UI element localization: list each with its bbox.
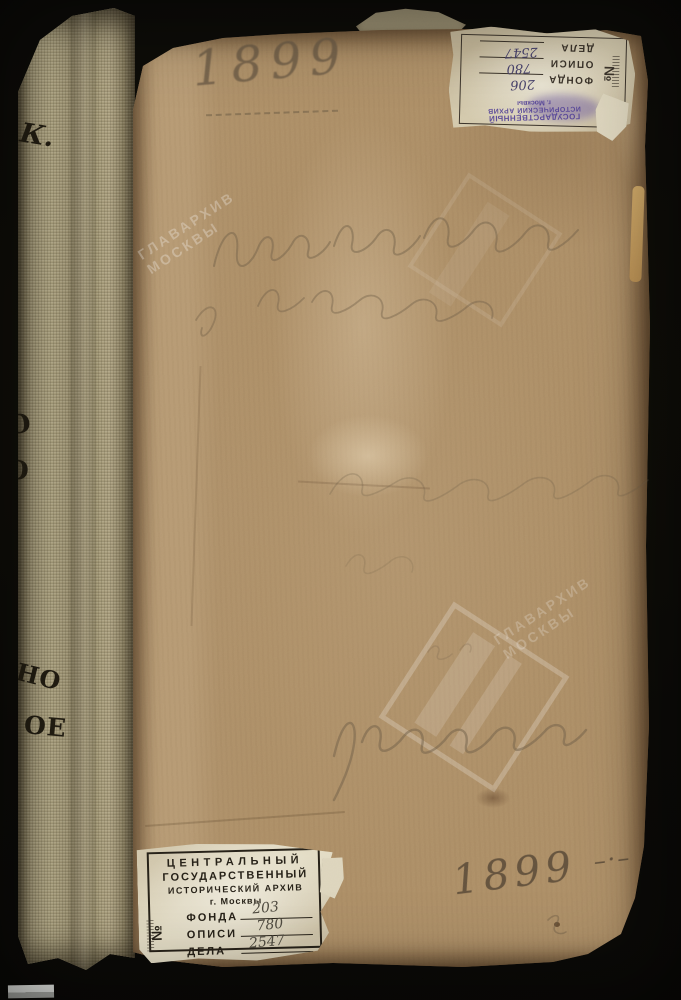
fond-label: ФОНДА (186, 911, 238, 924)
watermark-text: ГЛАВАРХИВ МОСКВЫ (135, 188, 248, 278)
spine-mark-no: НО (13, 657, 64, 696)
opis-label: ОПИСИ (549, 57, 593, 69)
stain-dot (554, 922, 560, 927)
opis-value: 780 (256, 916, 284, 934)
numero-sign: № (601, 66, 617, 82)
numero-sign: № (148, 925, 164, 941)
watermark-logo (408, 173, 563, 328)
spine-mark-oe: ОЕ (23, 710, 68, 743)
label-number-block: № (146, 917, 173, 954)
book-front-cover: ГЛАВАРХИВ МОСКВЫ ГЛАВАРХИВ МОСКВЫ (133, 26, 650, 970)
crease-line (145, 811, 345, 826)
spine-ridge (70, 6, 96, 972)
photo-scale-bar (8, 985, 54, 999)
spine-mark-o1: О (6, 409, 32, 441)
delo-value: 2547 (504, 44, 538, 60)
watermark-logo-bar (429, 202, 510, 307)
crease-line (298, 481, 430, 489)
crease-line (190, 366, 201, 626)
delo-label: ДЕЛА (560, 41, 594, 53)
archive-book-cover-photo: К. О О НО ОЕ ГЛАВАРХИВ МОСКВЫ ГЛАВАРХИВ … (0, 0, 681, 1000)
fond-value: 203 (251, 899, 279, 917)
delo-label: ДЕЛА (187, 945, 226, 958)
delo-value: 2547 (248, 933, 285, 952)
archive-stamp: ГОСУДАРСТВЕННЫЙ ИСТОРИЧЕСКИЙ АРХИВ г. Мо… (464, 97, 605, 124)
year-bottom-dash: –·– (592, 843, 633, 875)
spine-mark-k: К. (18, 118, 56, 154)
spine-mark-o2: О (5, 455, 30, 487)
label-number-block: № (593, 53, 620, 90)
book-spine: К. О О НО ОЕ (14, 6, 135, 972)
fond-label: ФОНДА (548, 73, 594, 85)
worn-edge-sliver (629, 186, 644, 282)
archive-label-bottom: ЦЕНТРАЛЬНЫЙ ГОСУДАРСТВЕННЫЙ ИСТОРИЧЕСКИЙ… (136, 840, 335, 963)
opis-label: ОПИСИ (187, 928, 238, 941)
opis-value: 780 (506, 60, 531, 76)
fond-value: 206 (510, 76, 535, 92)
